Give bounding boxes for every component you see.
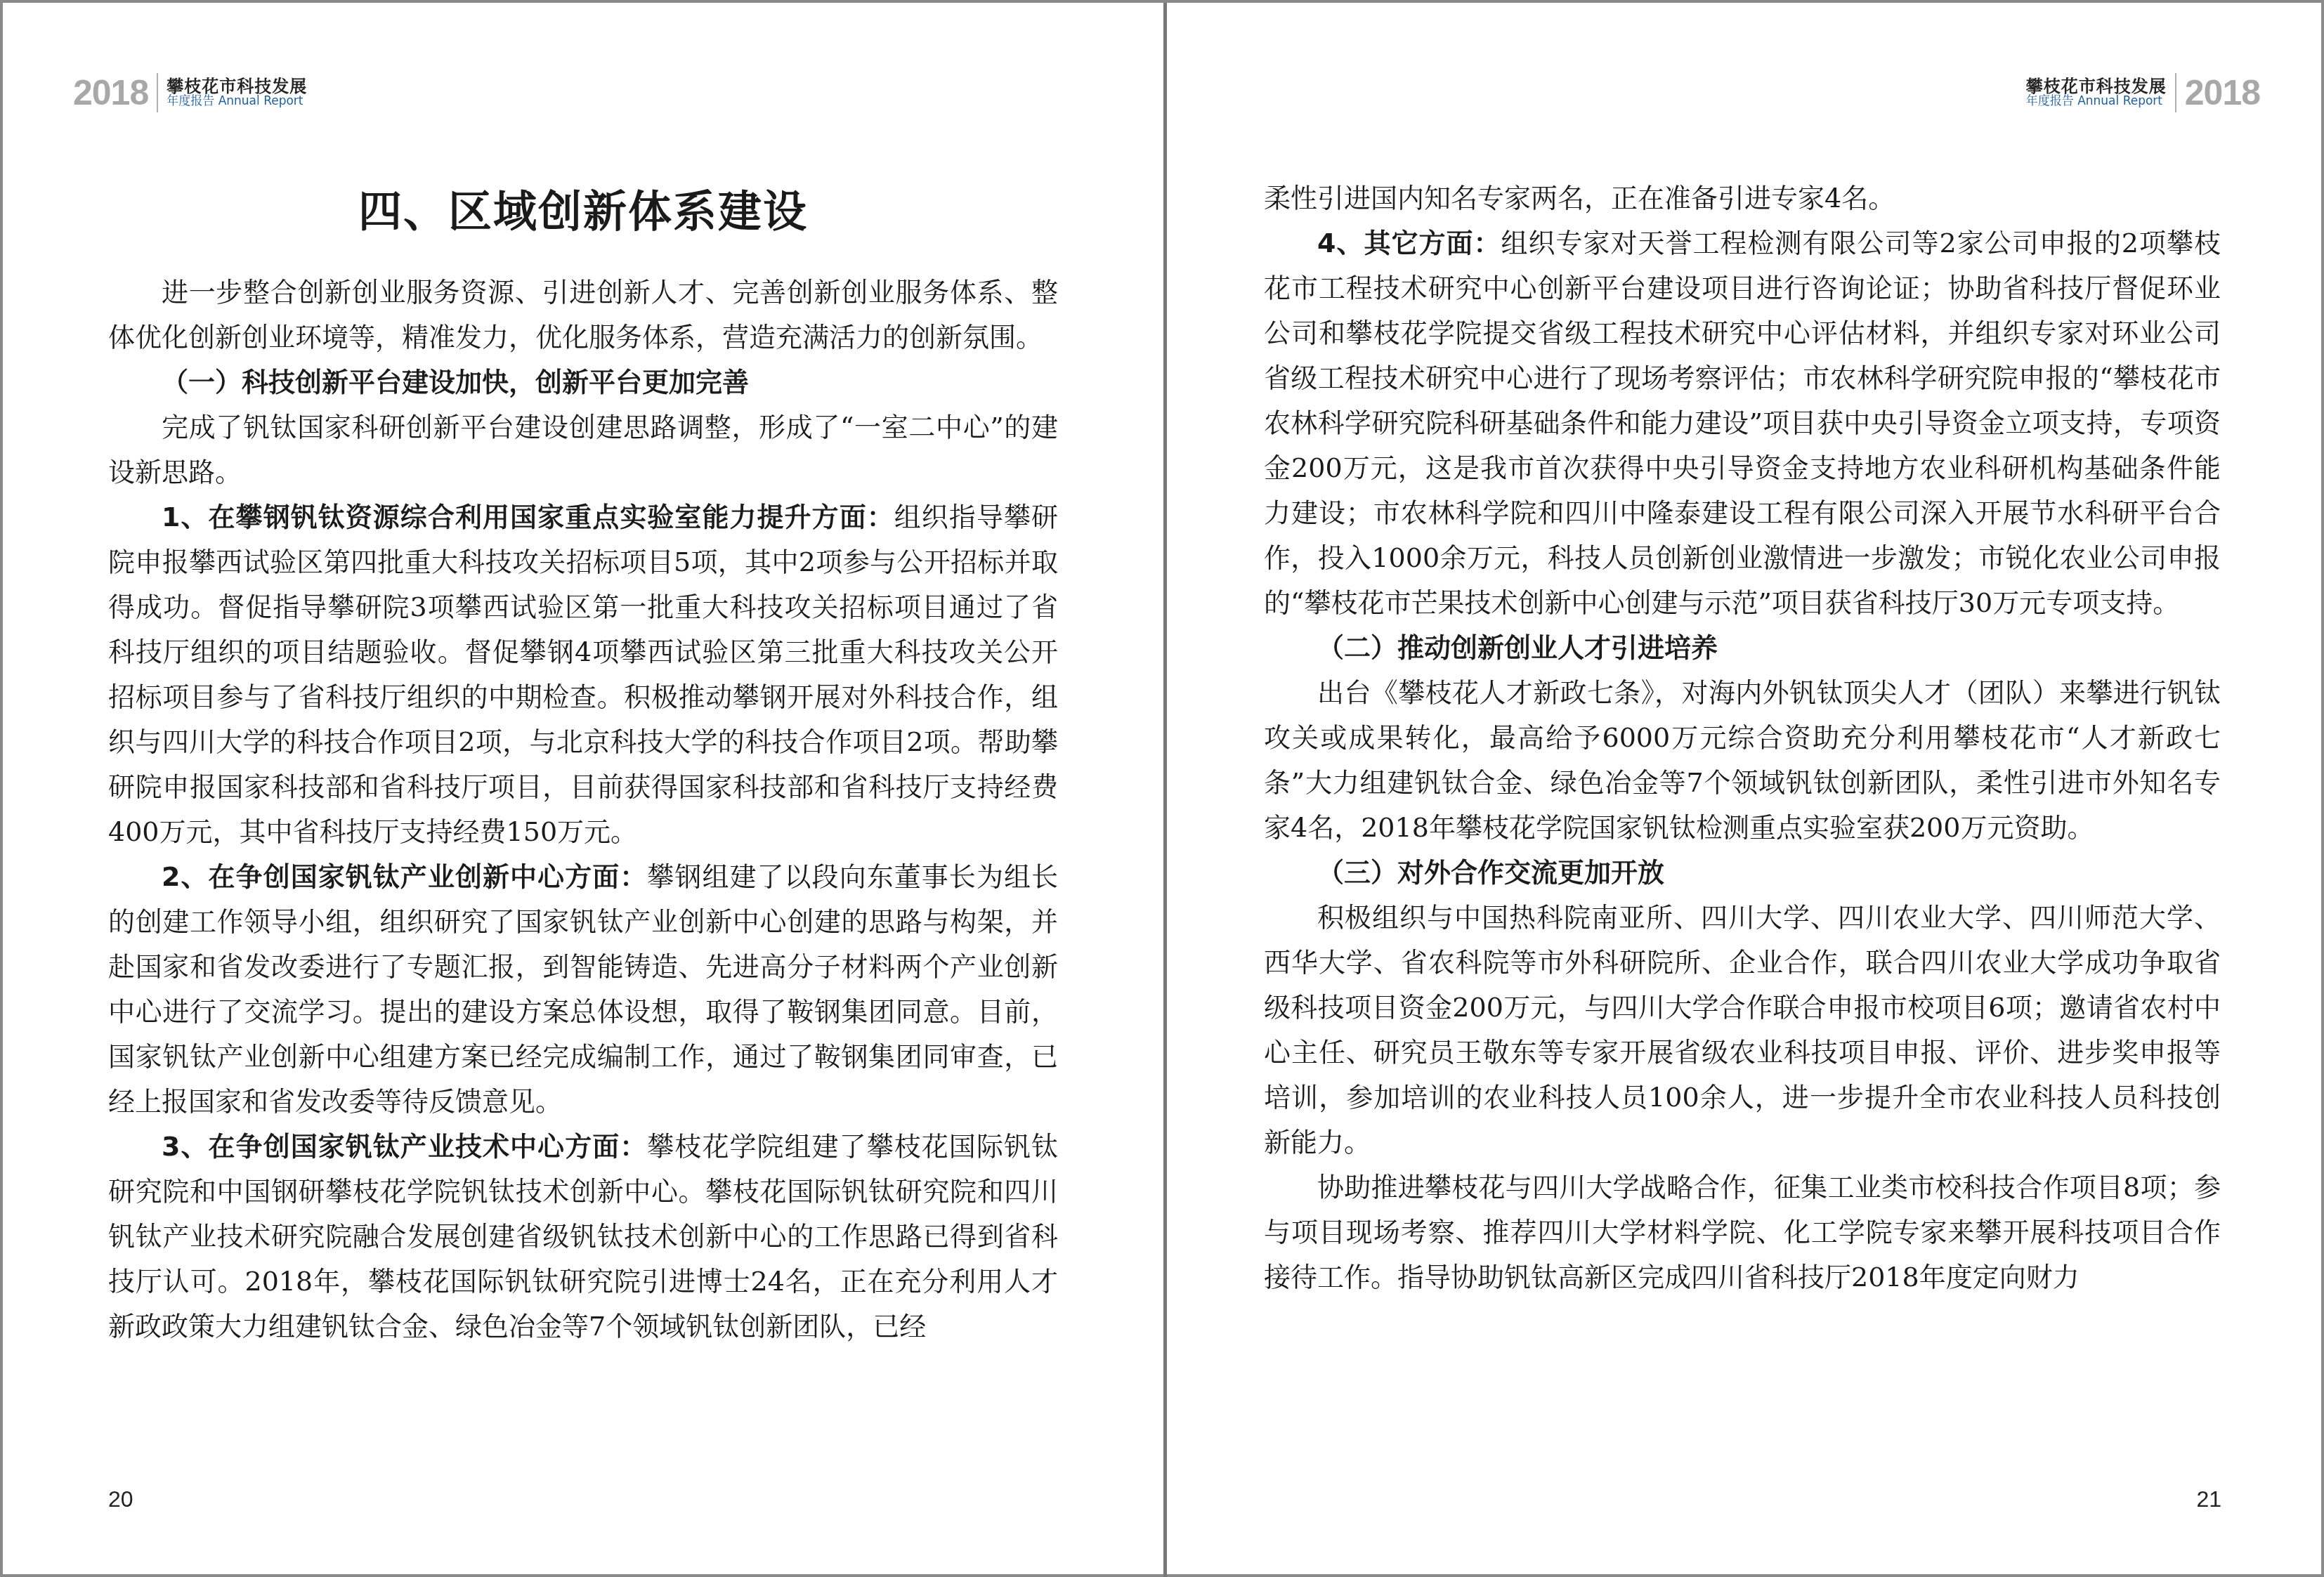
header-year: 2018 (2185, 75, 2260, 110)
item1-text: 组织指导攀研院申报攀西试验区第四批重大科技攻关招标项目5项，其中2项参与公开招标… (108, 502, 1058, 847)
header-titles: 攀枝花市科技发展 年度报告 Annual Report (2026, 77, 2167, 107)
header-title: 攀枝花市科技发展 (2026, 77, 2167, 95)
chapter-title: 四、区域创新体系建设 (3, 177, 1163, 240)
right-page: 攀枝花市科技发展 年度报告 Annual Report 2018 柔性引进国内知… (1167, 3, 2324, 1577)
left-body: 进一步整合创新创业服务资源、引进创新人才、完善创新创业服务体系、整体优化创新创业… (108, 270, 1058, 1349)
item1-lead: 1、在攀钢钒钛资源综合利用国家重点实验室能力提升方面： (162, 502, 894, 532)
page-number-right: 21 (2196, 1486, 2221, 1512)
item4-paragraph: 4、其它方面：组织专家对天誉工程检测有限公司等2家公司申报的2项攀枝花市工程技术… (1264, 221, 2221, 625)
item4-text: 组织专家对天誉工程检测有限公司等2家公司申报的2项攀枝花市工程技术研究中心创新平… (1264, 228, 2221, 618)
item3-paragraph: 3、在争创国家钒钛产业技术中心方面：攀枝花学院组建了攀枝花国际钒钛研究院和中国钢… (108, 1124, 1058, 1349)
item3-text: 攀枝花学院组建了攀枝花国际钒钛研究院和中国钢研攀枝花学院钒钛技术创新中心。攀枝花… (108, 1131, 1058, 1342)
item3-lead: 3、在争创国家钒钛产业技术中心方面： (162, 1131, 647, 1162)
continuation-paragraph: 柔性引进国内知名专家两名，正在准备引进专家4名。 (1264, 176, 2221, 221)
header-subtitle: 年度报告 Annual Report (167, 96, 307, 108)
header-titles: 攀枝花市科技发展 年度报告 Annual Report (167, 77, 307, 107)
item4-lead: 4、其它方面： (1317, 228, 1501, 259)
section3-paragraph-2: 协助推进攀枝花与四川大学战略合作，征集工业类市校科技合作项目8项；参与项目现场考… (1264, 1165, 2221, 1300)
section2-paragraph: 出台《攀枝花人才新政七条》，对海内外钒钛顶尖人才（团队）来攀进行钒钛攻关或成果转… (1264, 670, 2221, 850)
section1-intro-paragraph: 完成了钒钛国家科研创新平台建设创建思路调整，形成了“一室二中心”的建设新思路。 (108, 405, 1058, 495)
intro-paragraph: 进一步整合创新创业服务资源、引进创新人才、完善创新创业服务体系、整体优化创新创业… (108, 270, 1058, 360)
section-heading-1: （一）科技创新平台建设加快，创新平台更加完善 (108, 360, 1058, 405)
book-spread: 2018 攀枝花市科技发展 年度报告 Annual Report 四、区域创新体… (0, 0, 2324, 1577)
header-divider (2175, 73, 2176, 112)
header-divider (157, 73, 158, 112)
item2-text: 攀钢组建了以段向东董事长为组长的创建工作领导小组，组织研究了国家钒钛产业创新中心… (108, 861, 1058, 1117)
running-header-right: 攀枝花市科技发展 年度报告 Annual Report 2018 (2026, 73, 2260, 112)
section-heading-3: （三）对外合作交流更加开放 (1264, 850, 2221, 895)
section3-paragraph-1: 积极组织与中国热科院南亚所、四川大学、四川农业大学、四川师范大学、西华大学、省农… (1264, 895, 2221, 1165)
header-year: 2018 (73, 75, 148, 110)
item2-paragraph: 2、在争创国家钒钛产业创新中心方面：攀钢组建了以段向东董事长为组长的创建工作领导… (108, 854, 1058, 1124)
item2-lead: 2、在争创国家钒钛产业创新中心方面： (162, 861, 647, 892)
right-body: 柔性引进国内知名专家两名，正在准备引进专家4名。 4、其它方面：组织专家对天誉工… (1264, 176, 2221, 1300)
section-heading-2: （二）推动创新创业人才引进培养 (1264, 625, 2221, 670)
header-subtitle: 年度报告 Annual Report (2026, 96, 2167, 108)
left-page: 2018 攀枝花市科技发展 年度报告 Annual Report 四、区域创新体… (3, 3, 1163, 1577)
header-title: 攀枝花市科技发展 (167, 77, 307, 95)
item1-paragraph: 1、在攀钢钒钛资源综合利用国家重点实验室能力提升方面：组织指导攀研院申报攀西试验… (108, 495, 1058, 854)
page-number-left: 20 (108, 1486, 133, 1512)
running-header-left: 2018 攀枝花市科技发展 年度报告 Annual Report (73, 73, 307, 112)
